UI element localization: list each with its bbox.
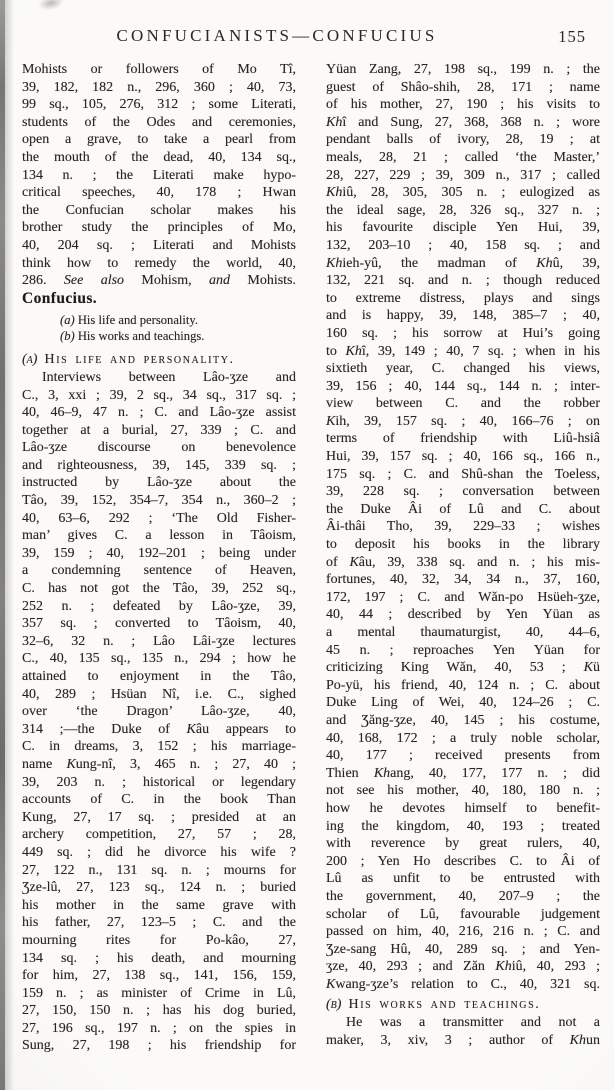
text-line: archery competition, 27, 57 ; 28,: [22, 826, 296, 844]
text-line: think how to remedy the world, 40,: [22, 255, 296, 273]
text-line: how he devotes himself to benefit-: [326, 800, 600, 818]
text-line: Tâo, 39, 152, 354–7, 354 n., 360–2 ;: [22, 492, 296, 510]
text-line: Mohists or followers of Mo Tî,: [22, 61, 296, 79]
text-line: the mouth of the dead, 40, 134 sq.,: [22, 149, 296, 167]
text-line: a mental thaumaturgist, 40, 44–6,: [326, 624, 600, 642]
text-line: ing the kingdom, 40, 193 ; treated: [326, 818, 600, 836]
text-line: critical speeches, 40, 178 ; Hwan: [22, 184, 296, 202]
text-line: attained to enjoyment in the Tâo,: [22, 668, 296, 686]
text-line: C. has not got the Tâo, 39, 252 sq.,: [22, 580, 296, 598]
text-line: maker, 3, xiv, 3 ; author of Khun: [326, 1032, 600, 1050]
text-line: 45 n. ; reproaches Yen Yüan for: [326, 642, 600, 660]
text-line: pendant balls of ivory, 28, 19 ; at: [326, 131, 600, 149]
text-line: his favourite disciple Yen Hui, 39,: [326, 219, 600, 237]
text-line: instructed by Lâo-ʒze about the: [22, 474, 296, 492]
text-line: 160 sq. ; his sorrow at Hui’s going: [326, 325, 600, 343]
text-line: Khî and Sung, 27, 368, 368 n. ; wore: [326, 114, 600, 132]
text-line: Kwang-ʒze’s relation to C., 40, 321 sq.: [326, 976, 600, 994]
scan-gutter-fade: [5, 0, 14, 1090]
text-line: mourning rites for Po-kâo, 27,: [22, 932, 296, 950]
text-line: (b) His works and teachings.: [22, 328, 296, 344]
text-line: and righteousness, 39, 145, 339 sq. ;: [22, 457, 296, 475]
text-line: and is happy, 39, 148, 385–7 ; 40,: [326, 307, 600, 325]
text-line: 40, 289 ; Hsüan Nî, i.e. C., sighed: [22, 686, 296, 704]
text-line: 132, 203–10 ; 40, 158 sq. ; and: [326, 237, 600, 255]
text-line: and Ʒăng-ʒze, 40, 145 ; his costume,: [326, 712, 600, 730]
text-line: the government, 40, 207–9 ; the: [326, 888, 600, 906]
text-line: to deposit his books in the library: [326, 536, 600, 554]
text-line: 40, 168, 172 ; a truly noble scholar,: [326, 730, 600, 748]
text-line: 357 sq. ; converted to Tâoism, 40,: [22, 615, 296, 633]
book-page-scan: CONFUCIANISTS—CONFUCIUS 155 Mohists or f…: [0, 0, 614, 1090]
text-line: Ʒze-lû, 27, 123 sq., 124 n. ; buried: [22, 879, 296, 897]
text-line: 172, 197 ; C. and Wăn-po Hsüeh-ʒze,: [326, 589, 600, 607]
text-line: with reverence by great rulers, 40,: [326, 835, 600, 853]
text-line: 27, 122 n., 131 sq. n. ; mourns for: [22, 862, 296, 880]
text-line: C., 40, 135 sq., 135 n., 294 ; how he: [22, 650, 296, 668]
text-line: (b) His works and teachings.: [326, 996, 600, 1014]
text-line: 99 sq., 105, 276, 312 ; some Literati,: [22, 96, 296, 114]
text-column-left: Mohists or followers of Mo Tî,39, 182, 1…: [22, 61, 296, 1055]
text-line: brother study the principles of Mo,: [22, 219, 296, 237]
text-line: sixtieth year, C. changed his views,: [326, 360, 600, 378]
text-line: 314 ;—the Duke of Kâu appears to: [22, 721, 296, 739]
text-line: C. in dreams, 3, 152 ; his marriage-: [22, 738, 296, 756]
text-line: Hui, 39, 157 sq. ; 40, 166 sq., 166 n.,: [326, 448, 600, 466]
text-line: 132, 221 sq. and n. ; though reduced: [326, 272, 600, 290]
text-line: 159 n. ; as minister of Crime in Lû,: [22, 985, 296, 1003]
text-line: 40, 46–9, 47 n. ; C. and Lâo-ʒze assist: [22, 404, 296, 422]
text-line: 286. See also Mohism, and Mohists.: [22, 272, 296, 290]
text-line: a condemning sentence of Heaven,: [22, 562, 296, 580]
text-line: 134 sq. ; his death, and mourning: [22, 950, 296, 968]
text-line: students of the Odes and ceremonies,: [22, 114, 296, 132]
text-line: Kih, 39, 157 sq. ; 40, 166–76 ; on: [326, 413, 600, 431]
text-line: Lâo-ʒze discourse on benevolence: [22, 439, 296, 457]
text-line: 39, 203 n. ; historical or legendary: [22, 774, 296, 792]
page-header: CONFUCIANISTS—CONFUCIUS 155: [0, 26, 614, 50]
text-line: view between C. and the robber: [326, 395, 600, 413]
text-line: Thien Khang, 40, 177, 177 n. ; did: [326, 765, 600, 783]
text-line: to extreme distress, plays and sings: [326, 290, 600, 308]
text-line: scholar of Lû, favourable judgement: [326, 906, 600, 924]
text-line: Confucius.: [22, 290, 296, 308]
text-line: Sung, 27, 198 ; his friendship for: [22, 1037, 296, 1055]
text-line: (a) His life and personality.: [22, 351, 296, 369]
text-line: of Kâu, 39, 338 sq. and n. ; his mis-: [326, 554, 600, 572]
text-line: together at a burial, 27, 339 ; C. and: [22, 422, 296, 440]
text-line: Interviews between Lâo-ʒze and: [22, 369, 296, 387]
text-line: He was a transmitter and not a: [326, 1014, 600, 1032]
text-line: name Kung-nî, 3, 465 n. ; 27, 40 ;: [22, 756, 296, 774]
text-line: fortunes, 40, 32, 34, 34 n., 37, 160,: [326, 571, 600, 589]
text-line: 40, 204 sq. ; Literati and Mohists: [22, 237, 296, 255]
text-line: 28, 227, 229 ; 39, 309 n., 317 ; called: [326, 167, 600, 185]
text-line: 200 ; Yen Ho describes C. to Âi of: [326, 853, 600, 871]
text-line: the Duke Âi of Lû and C. about: [326, 501, 600, 519]
text-line: 39, 182, 182 n., 296, 360 ; 40, 73,: [22, 79, 296, 97]
text-line: 39, 156 ; 40, 144 sq., 144 n. ; inter-: [326, 378, 600, 396]
text-line: (a) His life and personality.: [22, 312, 296, 328]
text-line: 27, 150, 150 n. ; has his dog buried,: [22, 1002, 296, 1020]
text-line: Ʒze-sang Hû, 40, 289 sq. ; and Yen-: [326, 941, 600, 959]
text-line: 134 n. ; the Literati make hypo-: [22, 167, 296, 185]
text-columns: Mohists or followers of Mo Tî,39, 182, 1…: [22, 61, 600, 1055]
running-head-title: CONFUCIANISTS—CONFUCIUS: [0, 26, 554, 46]
text-line: 449 sq. ; did he divorce his wife ?: [22, 844, 296, 862]
scan-smudge: [37, 0, 65, 13]
text-line: 40, 63–6, 292 ; ‘The Old Fisher-: [22, 510, 296, 528]
text-line: the Confucian scholar makes his: [22, 202, 296, 220]
text-line: passed on him, 40, 216, 216 n. ; C. and: [326, 923, 600, 941]
text-line: 40, 44 ; described by Yen Yüan as: [326, 606, 600, 624]
text-line: 40, 177 ; received presents from: [326, 747, 600, 765]
text-line: to Khî, 39, 149 ; 40, 7 sq. ; when in hi…: [326, 343, 600, 361]
text-line: his mother in the same grave with: [22, 897, 296, 915]
text-line: 39, 228 sq. ; conversation between: [326, 483, 600, 501]
text-line: Khieh-yû, the madman of Khû, 39,: [326, 255, 600, 273]
text-line: 32–6, 32 n. ; Lâo Lâi-ʒze lectures: [22, 633, 296, 651]
text-line: for him, 27, 138 sq., 141, 156, 159,: [22, 967, 296, 985]
text-line: open a grave, to take a pearl from: [22, 131, 296, 149]
text-line: 175 sq. ; C. and Shû-shan the Toeless,: [326, 466, 600, 484]
text-line: the ideal sage, 28, 326 sq., 327 n. ;: [326, 202, 600, 220]
text-line: Lû as unfit to be entrusted with: [326, 870, 600, 888]
text-line: 39, 159 ; 40, 192–201 ; being under: [22, 545, 296, 563]
text-line: of his mother, 27, 190 ; his visits to: [326, 96, 600, 114]
text-line: ʒze, 40, 293 ; and Zăn Khiû, 40, 293 ;: [326, 958, 600, 976]
text-line: accounts of C. in the book Than: [22, 791, 296, 809]
text-line: Yüan Zang, 27, 198 sq., 199 n. ; the: [326, 61, 600, 79]
text-line: 252 n. ; defeated by Lâo-ʒze, 39,: [22, 598, 296, 616]
text-line: Âi-thâi Tho, 39, 229–33 ; wishes: [326, 518, 600, 536]
text-line: criticizing King Wăn, 40, 53 ; Kü: [326, 659, 600, 677]
text-line: Kung, 27, 17 sq. ; presided at an: [22, 809, 296, 827]
text-line: Po-yü, his friend, 40, 124 n. ; C. about: [326, 677, 600, 695]
text-line: meals, 28, 21 ; called ‘the Master,’: [326, 149, 600, 167]
text-line: guest of Shâo-shih, 28, 171 ; name: [326, 79, 600, 97]
text-line: man’ gives C. a lesson in Tâoism,: [22, 527, 296, 545]
page-number: 155: [558, 27, 586, 47]
text-line: Khiû, 28, 305, 305 n. ; eulogized as: [326, 184, 600, 202]
text-column-right: Yüan Zang, 27, 198 sq., 199 n. ; thegues…: [326, 61, 600, 1055]
text-line: 27, 196 sq., 197 n. ; on the spies in: [22, 1020, 296, 1038]
text-line: over ‘the Dragon’ Lâo-ʒze, 40,: [22, 703, 296, 721]
text-line: Duke Ling of Wei, 40, 124–26 ; C.: [326, 694, 600, 712]
text-line: his father, 27, 123–5 ; C. and the: [22, 914, 296, 932]
text-line: not see his mother, 40, 180, 180 n. ;: [326, 782, 600, 800]
text-line: terms of friendship with Liû-hsiâ: [326, 430, 600, 448]
text-line: C., 3, xxi ; 39, 2 sq., 34 sq., 317 sq. …: [22, 387, 296, 405]
